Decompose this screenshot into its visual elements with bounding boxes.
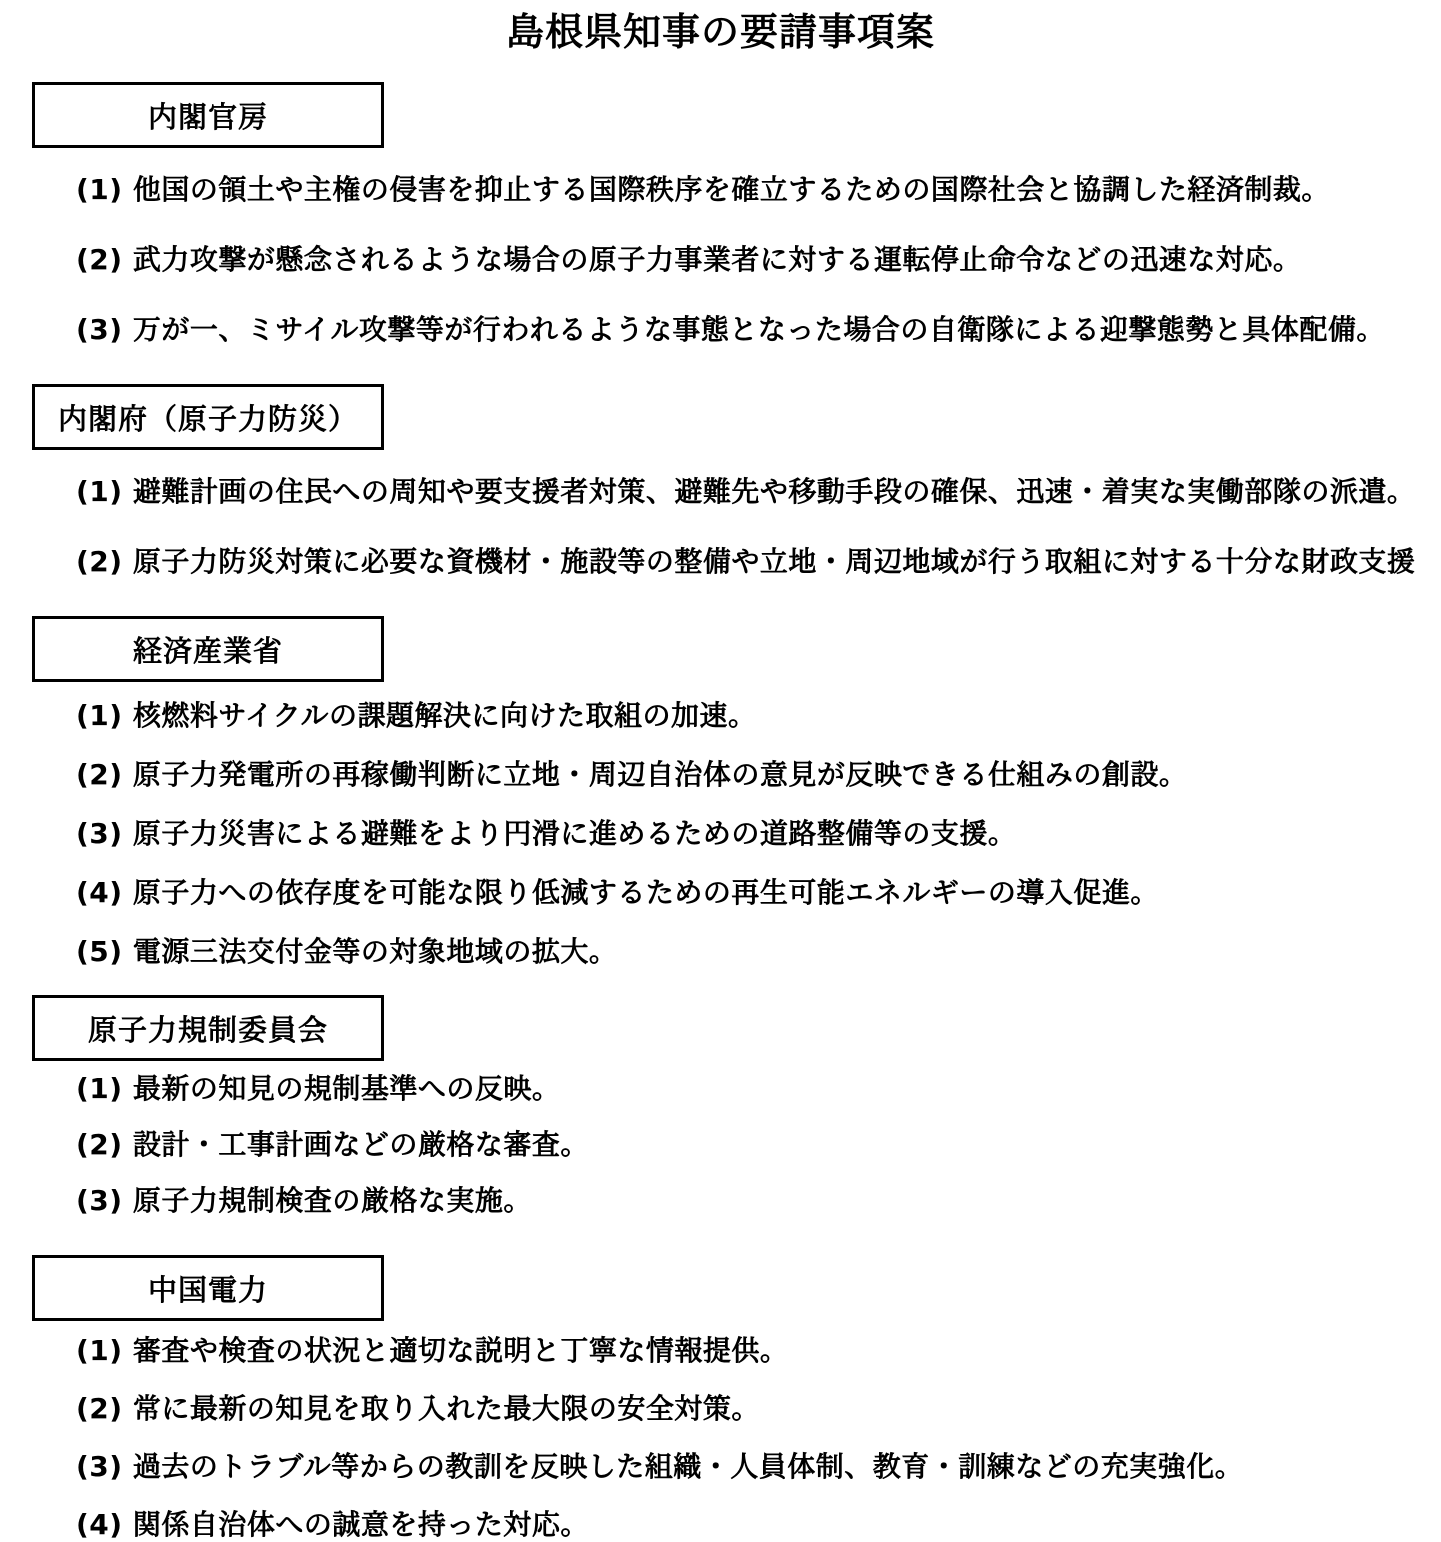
list-item: (3) 原子力規制検査の厳格な実施。 bbox=[76, 1185, 1441, 1217]
list-item: (1) 最新の知見の規制基準への反映。 bbox=[76, 1073, 1441, 1105]
section-header-label: 内閣官房 bbox=[148, 95, 268, 136]
list-item: (3) 万が一、ミサイル攻撃等が行われるような事態となった場合の自衛隊による迎撃… bbox=[76, 314, 1441, 346]
list-item: (2) 原子力発電所の再稼働判断に立地・周辺自治体の意見が反映できる仕組みの創設… bbox=[76, 759, 1441, 791]
list-item: (5) 電源三法交付金等の対象地域の拡大。 bbox=[76, 936, 1441, 968]
list-item: (1) 核燃料サイクルの課題解決に向けた取組の加速。 bbox=[76, 700, 1441, 732]
section-header-nuclear-regulation-authority: 原子力規制委員会 bbox=[32, 995, 384, 1061]
section-item-list: (1) 他国の領土や主権の侵害を抑止する国際秩序を確立するための国際社会と協調し… bbox=[0, 174, 1441, 346]
list-item: (4) 関係自治体への誠意を持った対応。 bbox=[76, 1509, 1441, 1541]
section-header-label: 中国電力 bbox=[148, 1268, 268, 1309]
list-item: (2) 常に最新の知見を取り入れた最大限の安全対策。 bbox=[76, 1393, 1441, 1425]
section-item-list: (1) 避難計画の住民への周知や要支援者対策、避難先や移動手段の確保、迅速・着実… bbox=[0, 476, 1441, 578]
section-item-list: (1) 核燃料サイクルの課題解決に向けた取組の加速。 (2) 原子力発電所の再稼… bbox=[0, 700, 1441, 968]
list-item: (4) 原子力への依存度を可能な限り低減するための再生可能エネルギーの導入促進。 bbox=[76, 877, 1441, 909]
page-title: 島根県知事の要請事項案 bbox=[0, 8, 1441, 56]
section-header-cabinet-office-nuclear-disaster: 内閣府（原子力防災） bbox=[32, 384, 384, 450]
section-header-label: 原子力規制委員会 bbox=[88, 1008, 328, 1049]
list-item: (1) 審査や検査の状況と適切な説明と丁寧な情報提供。 bbox=[76, 1335, 1441, 1367]
section-item-list: (1) 最新の知見の規制基準への反映。 (2) 設計・工事計画などの厳格な審査。… bbox=[0, 1073, 1441, 1217]
list-item: (1) 他国の領土や主権の侵害を抑止する国際秩序を確立するための国際社会と協調し… bbox=[76, 174, 1441, 206]
section-header-label: 経済産業省 bbox=[133, 629, 283, 670]
section-header-cabinet-secretariat: 内閣官房 bbox=[32, 82, 384, 148]
document-page: 島根県知事の要請事項案 内閣官房 (1) 他国の領土や主権の侵害を抑止する国際秩… bbox=[0, 0, 1441, 1542]
list-item: (3) 過去のトラブル等からの教訓を反映した組織・人員体制、教育・訓練などの充実… bbox=[76, 1451, 1441, 1483]
list-item: (2) 原子力防災対策に必要な資機材・施設等の整備や立地・周辺地域が行う取組に対… bbox=[76, 546, 1441, 578]
list-item: (2) 武力攻撃が懸念されるような場合の原子力事業者に対する運転停止命令などの迅… bbox=[76, 244, 1441, 276]
list-item: (1) 避難計画の住民への周知や要支援者対策、避難先や移動手段の確保、迅速・着実… bbox=[76, 476, 1441, 508]
section-header-meti: 経済産業省 bbox=[32, 616, 384, 682]
list-item: (3) 原子力災害による避難をより円滑に進めるための道路整備等の支援。 bbox=[76, 818, 1441, 850]
section-item-list: (1) 審査や検査の状況と適切な説明と丁寧な情報提供。 (2) 常に最新の知見を… bbox=[0, 1335, 1441, 1541]
section-header-chugoku-electric: 中国電力 bbox=[32, 1255, 384, 1321]
list-item: (2) 設計・工事計画などの厳格な審査。 bbox=[76, 1129, 1441, 1161]
section-header-label: 内閣府（原子力防災） bbox=[58, 397, 358, 438]
